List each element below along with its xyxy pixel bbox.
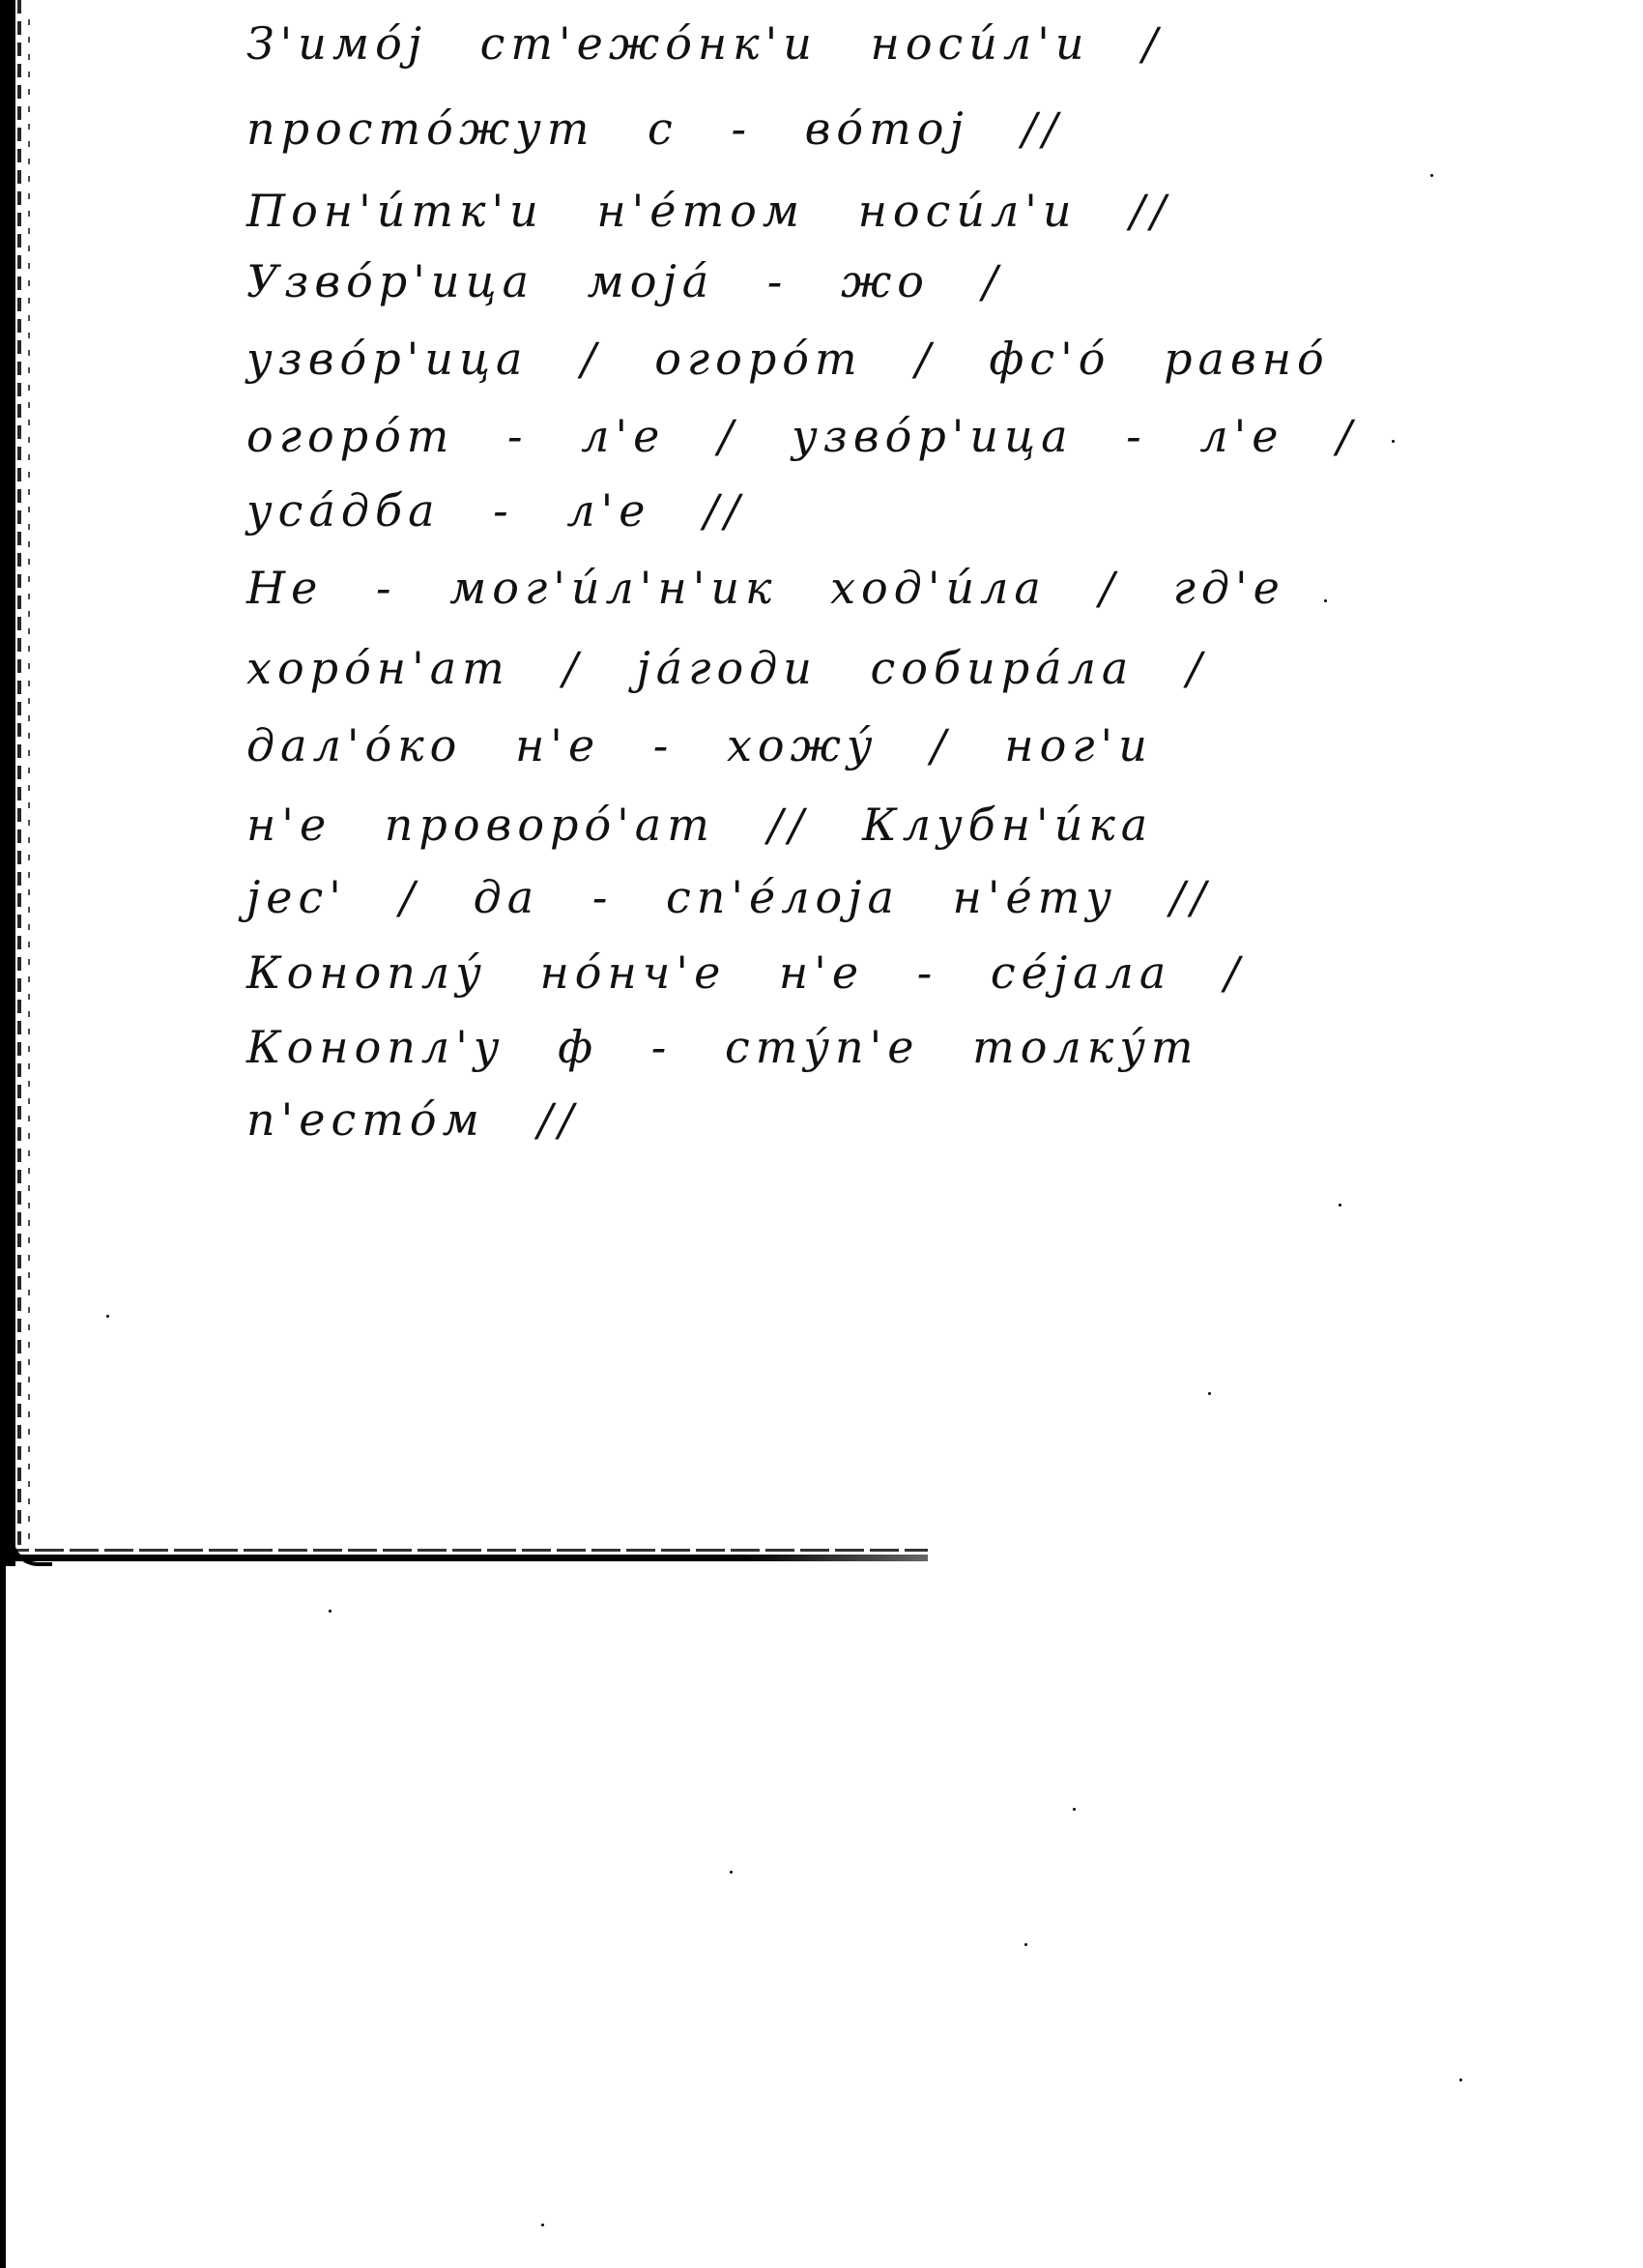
scan-speck	[1392, 440, 1395, 443]
handwritten-line-12: јес' / да - сп'е́лоја н'е́ту //	[246, 875, 1212, 919]
scan-speck	[1324, 599, 1327, 602]
handwritten-line-9: хоро́н'ат / ја́годи собира́ла /	[246, 646, 1207, 690]
handwritten-line-15: п'есто́м //	[246, 1097, 579, 1142]
scan-speck	[1024, 1943, 1027, 1946]
page-bottom-edge	[0, 1555, 928, 1561]
handwritten-line-13: Коноплу́ но́нч'е н'е - се́јала /	[246, 950, 1245, 995]
handwritten-line-1: З'имо́ј ст'ежо́нк'и носи́л'и /	[246, 21, 1164, 66]
scan-speck	[106, 1315, 109, 1318]
handwritten-line-14: Конопл'у ф - сту́п'е толку́т	[246, 1025, 1199, 1069]
page-bottom-edge-thin	[0, 1549, 928, 1552]
scan-speck	[541, 2224, 544, 2226]
scan-speck	[1459, 2079, 1462, 2081]
page-binding-edge-lower	[0, 1566, 6, 2268]
scan-speck	[1430, 174, 1433, 177]
handwritten-line-4: Узво́р'ица моја́ - жо /	[246, 259, 1003, 304]
scanned-page: З'имо́ј ст'ежо́нк'и носи́л'и / просто́жу…	[0, 0, 1643, 2268]
handwritten-line-2: просто́жут с - во́тој //	[246, 106, 1063, 151]
handwritten-line-8: Не - мог'и́л'н'ик ход'и́ла / гд'е	[246, 566, 1285, 610]
handwritten-line-11: н'е проворо́'ат // Клубн'и́ка	[246, 802, 1153, 847]
scan-speck	[1073, 1808, 1076, 1811]
page-binding-edge	[0, 0, 15, 1566]
page-margin-dots	[28, 19, 30, 1547]
handwritten-line-6: огоро́т - л'е / узво́р'ица - л'е /	[246, 414, 1358, 458]
scan-speck	[1208, 1392, 1211, 1395]
handwritten-line-10: дал'о́ко н'е - хожу́ / ног'и	[246, 723, 1153, 768]
scan-speck	[329, 1610, 331, 1613]
scan-speck	[730, 1871, 733, 1874]
handwritten-line-5: узво́р'ица / огоро́т / фс'о́ равно́	[246, 336, 1330, 381]
handwritten-line-7: уса́дба - л'е //	[246, 488, 745, 533]
scan-speck	[1339, 1204, 1341, 1207]
page-edge-shadow	[17, 0, 21, 1547]
handwritten-line-3: Пон'и́тк'и н'е́том носи́л'и //	[246, 189, 1171, 233]
